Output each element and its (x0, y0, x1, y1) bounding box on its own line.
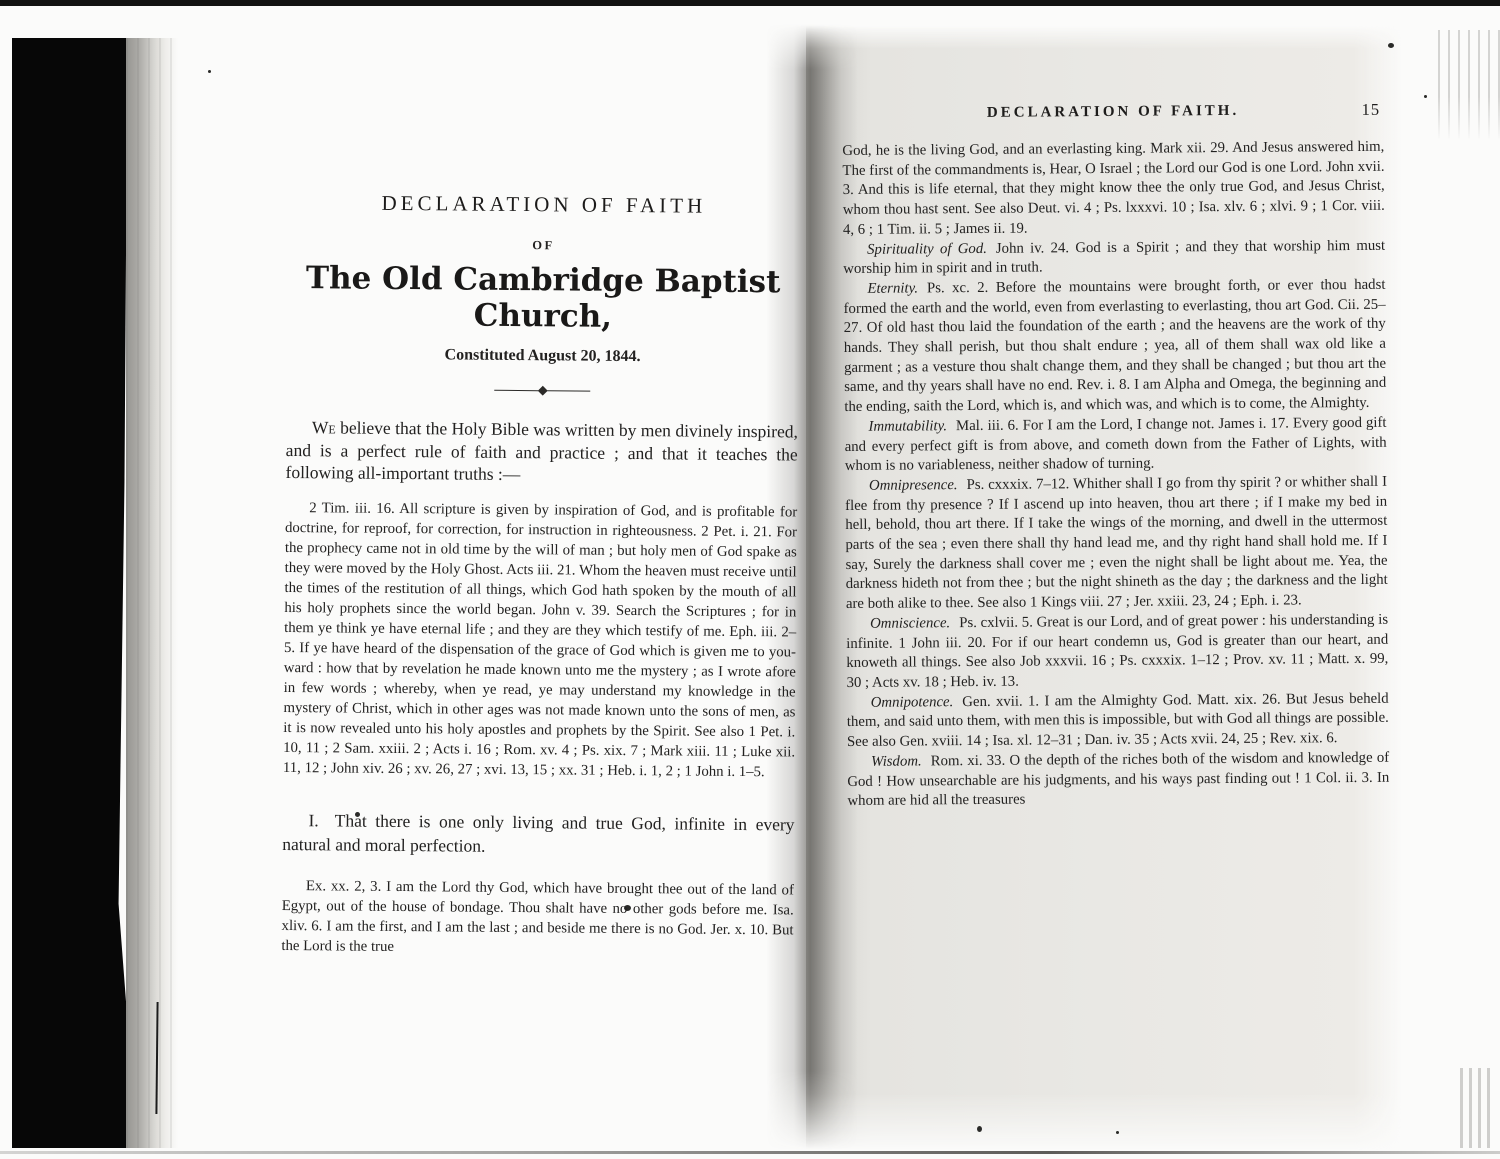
article-one-numeral: I. (308, 810, 318, 830)
paragraph-spirituality: Spirituality of God.John iv. 24. God is … (843, 236, 1385, 280)
paragraph-text: Ps. cxxxix. 7–12. Whither shall I go fro… (845, 474, 1388, 612)
paragraph-immutability: Immutability.Mal. iii. 6. For I am the L… (844, 414, 1386, 477)
running-header-title: DECLARATION OF FAITH. (987, 103, 1239, 121)
scan-top-edge-bar (0, 0, 1500, 6)
paragraph-text: God, he is the living God, and an everla… (842, 139, 1385, 238)
section-divider (494, 387, 590, 395)
page-number: 15 (1361, 100, 1380, 120)
divider-line (547, 390, 591, 391)
paragraph-eternity: Eternity.Ps. xc. 2. Before the mountains… (843, 276, 1386, 418)
intro-text: believe that the Holy Bible was written … (285, 417, 798, 484)
right-page-body: God, he is the living God, and an everla… (842, 138, 1389, 812)
page-title: DECLARATION OF FAITH (288, 190, 800, 219)
article-one: I.That there is one only living and true… (282, 807, 794, 859)
scan-speck (208, 70, 211, 73)
title-of-word: OF (287, 236, 799, 255)
paragraph-lead: Immutability. (868, 418, 947, 435)
scan-speck (977, 1126, 982, 1132)
running-header: DECLARATION OF FAITH. 15 (842, 102, 1384, 123)
paragraph-lead: Spirituality of God. (867, 240, 987, 257)
intro-lead-smallcaps: We (312, 417, 336, 437)
church-name-blackletter: The Old Cambridge Baptist Church, (287, 260, 800, 336)
paragraph-omniscience: Omniscience.Ps. cxlvii. 5. Great is our … (846, 611, 1389, 694)
paragraph-omnipotence: Omnipotence.Gen. xvii. 1. I am the Almig… (847, 689, 1389, 752)
scan-speck (1424, 95, 1427, 98)
paragraph-lead: Omnipresence. (869, 477, 958, 494)
paragraph-omnipresence: Omnipresence.Ps. cxxxix. 7–12. Whither s… (845, 473, 1388, 615)
scan-top-right-streaks (1438, 30, 1500, 140)
paragraph-text: Ps. xc. 2. Before the mountains were bro… (844, 277, 1387, 415)
paragraph-lead: Omnipotence. (871, 694, 954, 711)
paragraph-lead: Wisdom. (871, 753, 922, 769)
right-page: DECLARATION OF FAITH. 15 God, he is the … (842, 102, 1390, 812)
intro-paragraph: We believe that the Holy Bible was writt… (285, 416, 798, 488)
divider-diamond-icon (537, 386, 547, 396)
scan-left-page-edge (126, 38, 178, 1148)
scan-speck (1116, 1131, 1119, 1134)
paragraph-lead: Eternity. (867, 280, 918, 296)
paragraph-text: Rom. xi. 33. O the depth of the riches b… (847, 750, 1389, 810)
article-one-text: That there is one only living and true G… (282, 810, 794, 855)
scan-bottom-right-streak (1460, 1068, 1490, 1148)
scripture-proof-block: 2 Tim. iii. 16. All scripture is given b… (283, 497, 797, 781)
divider-line (494, 390, 538, 391)
scan-speck (1388, 43, 1394, 48)
scan-bottom-edge-line (0, 1151, 1500, 1154)
paragraph-continuation: God, he is the living God, and an everla… (842, 138, 1385, 241)
paragraph-lead: Omniscience. (870, 615, 950, 632)
paragraph-wisdom: Wisdom.Rom. xi. 33. O the depth of the r… (847, 749, 1389, 812)
constituted-date-line: Constituted August 20, 1844. (286, 345, 798, 367)
scanned-book-spread: DECLARATION OF FAITH OF The Old Cambridg… (0, 0, 1500, 1159)
article-one-scripture-block: Ex. xx. 2, 3. I am the Lord thy God, whi… (281, 875, 794, 959)
left-page: DECLARATION OF FAITH OF The Old Cambridg… (281, 190, 800, 960)
